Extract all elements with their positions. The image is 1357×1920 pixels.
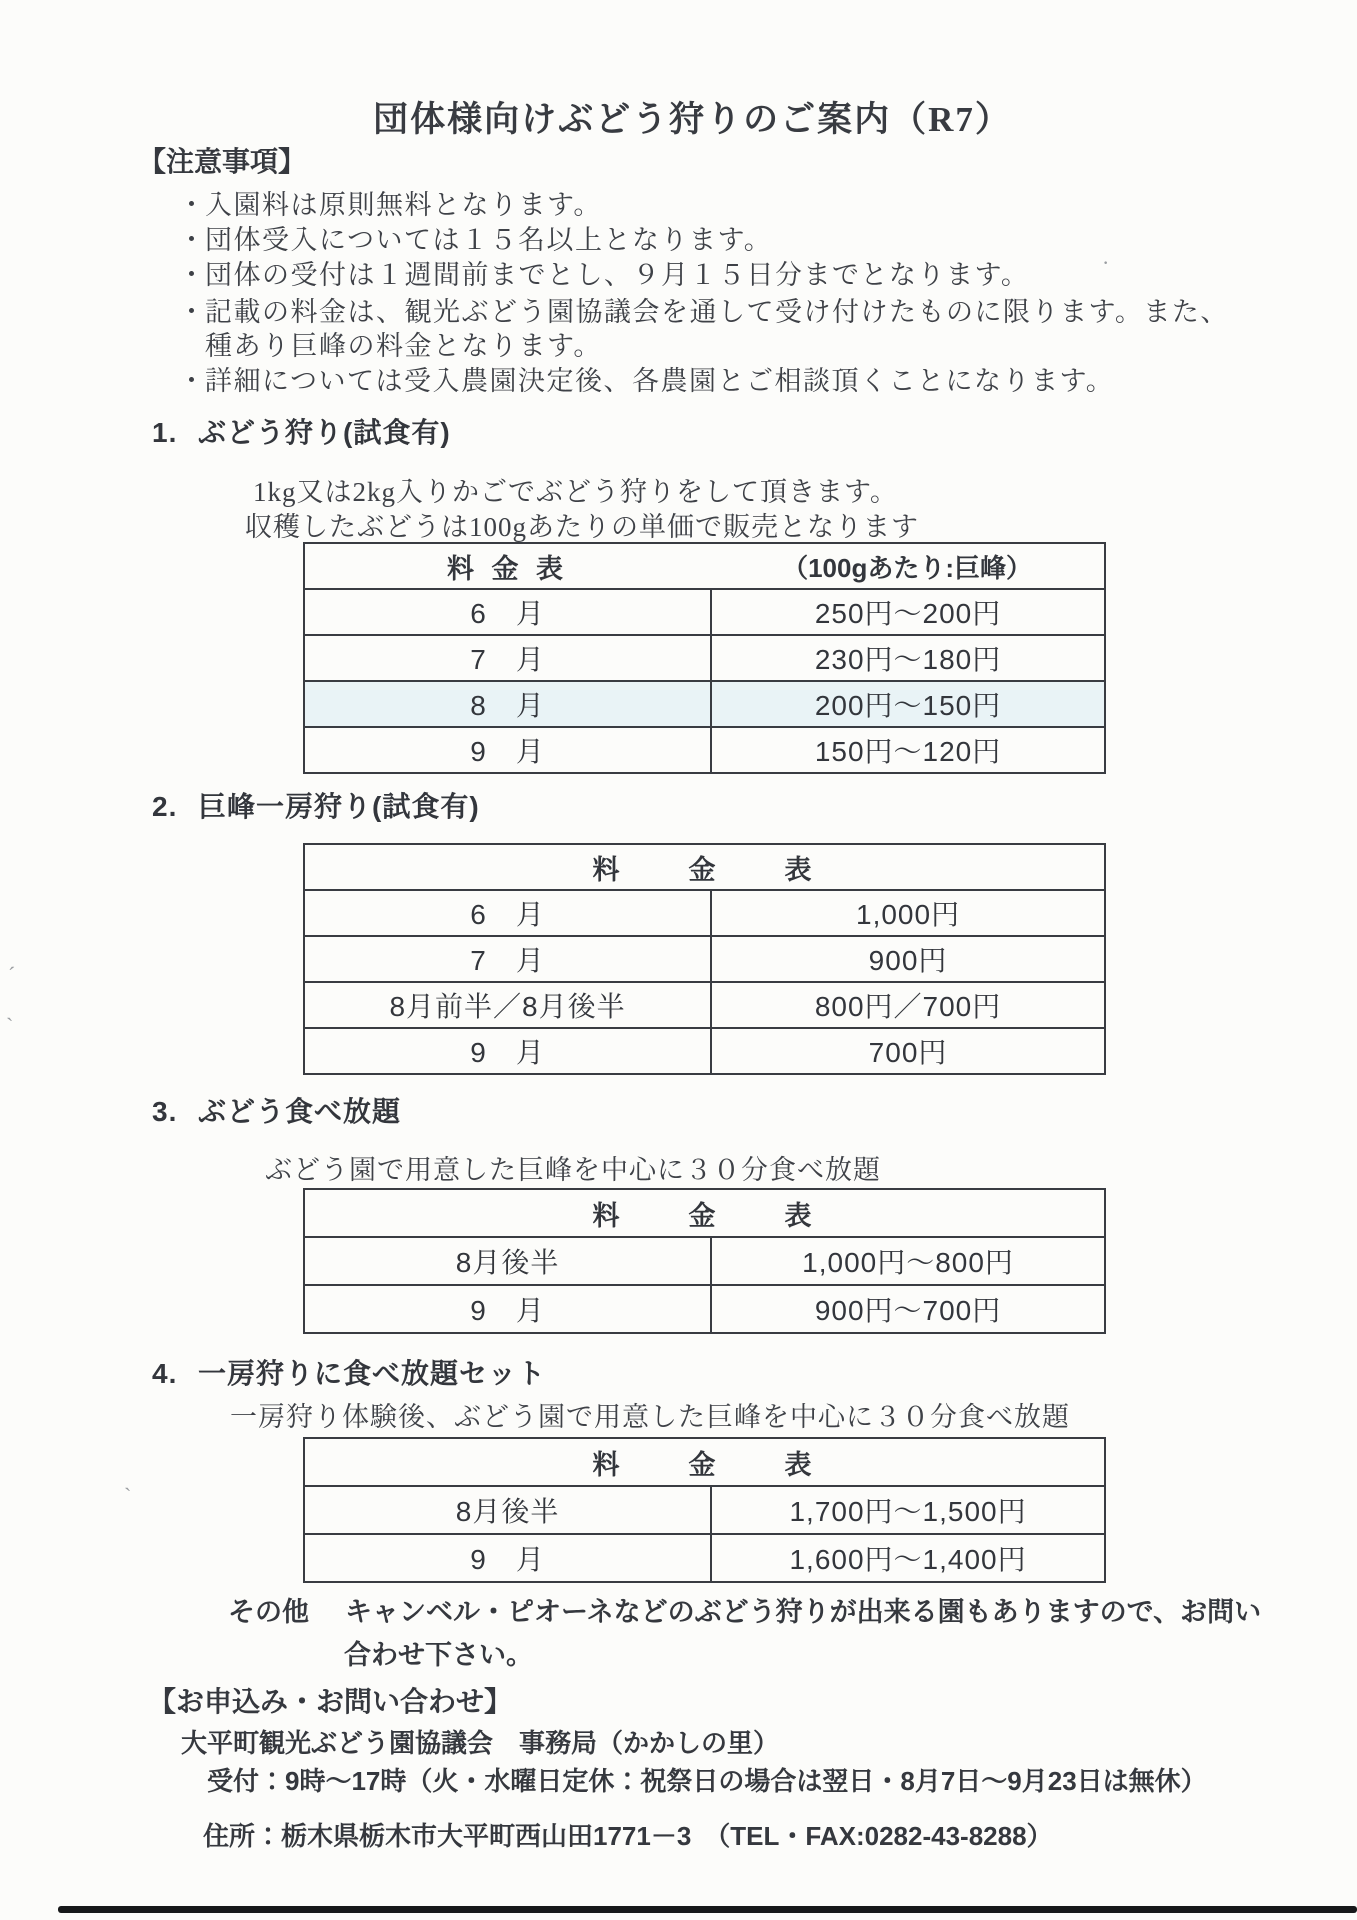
month-cell: 7 月 bbox=[305, 636, 710, 680]
section-number: 3. bbox=[152, 1096, 198, 1128]
table-row: 6 月 1,000円 bbox=[305, 889, 1104, 935]
other-note-text: キャンベル・ピオーネなどのぶどう狩りが出来る園もありますので、お問い bbox=[345, 1597, 1261, 1627]
note-bullet: ・ bbox=[178, 359, 205, 398]
scan-speck: ˎ bbox=[6, 996, 13, 1022]
table-title: 料 金 表 bbox=[305, 547, 710, 586]
section-intro-line: 一房狩り体験後、ぶどう園で用意した巨峰を中心に３０分食べ放題 bbox=[230, 1395, 1070, 1434]
contact-office: 大平町観光ぶどう園協議会 事務局（かかしの里） bbox=[181, 1723, 779, 1760]
section-number: 4. bbox=[152, 1358, 198, 1390]
scan-speck: · bbox=[1102, 250, 1109, 276]
month-cell: 8月後半 bbox=[305, 1238, 710, 1284]
month-cell: 6 月 bbox=[305, 590, 710, 634]
month-cell: 6 月 bbox=[305, 891, 710, 935]
note-line: ・詳細については受入農園決定後、各農園とご相談頂くことになります。 bbox=[178, 359, 1114, 398]
table-header-row: 料 金 表 （100gあたり:巨峰） bbox=[305, 544, 1104, 588]
price-cell: 200円～150円 bbox=[710, 682, 1104, 726]
table-row: 7 月 230円～180円 bbox=[305, 634, 1104, 680]
note-line: ・団体の受付は１週間前までとし、９月１５日分までとなります。 bbox=[178, 253, 1029, 292]
section-heading-all-you-can-eat: 3.ぶどう食べ放題 bbox=[152, 1090, 401, 1130]
contact-address: 住所：栃木県栃木市大平町西山田1771－3 （TEL・FAX:0282-43-8… bbox=[203, 1816, 1053, 1853]
section-number: 1. bbox=[152, 417, 198, 449]
note-line: ・団体受入については１５名以上となります。 bbox=[178, 218, 772, 257]
month-cell: 8 月 bbox=[305, 682, 710, 726]
section-title: ぶどう狩り(試食有) bbox=[198, 417, 451, 448]
month-cell: 8月前半／8月後半 bbox=[305, 983, 710, 1027]
month-cell: 7 月 bbox=[305, 937, 710, 981]
other-note-label: その他 bbox=[228, 1597, 309, 1627]
table-row: 6 月 250円～200円 bbox=[305, 588, 1104, 634]
scan-speck: ˊ bbox=[8, 962, 15, 988]
section-number: 2. bbox=[152, 791, 198, 823]
section-title: 巨峰一房狩り(試食有) bbox=[198, 791, 480, 822]
contact-hours: 受付：9時～17時（火・水曜日定休：祝祭日の場合は翌日・8月7日～9月23日は無… bbox=[207, 1761, 1207, 1798]
table-row: 8月前半／8月後半 800円／700円 bbox=[305, 981, 1104, 1027]
table-row: 7 月 900円 bbox=[305, 935, 1104, 981]
price-cell: 700円 bbox=[710, 1029, 1104, 1073]
section-intro-line: 1kg又は2kg入りかごでぶどう狩りをして頂きます。 bbox=[253, 470, 898, 509]
price-cell: 900円～700円 bbox=[710, 1286, 1104, 1332]
note-text: 団体の受付は１週間前までとし、９月１５日分までとなります。 bbox=[205, 260, 1029, 290]
table-row: 8月後半 1,000円～800円 bbox=[305, 1236, 1104, 1284]
price-cell: 800円／700円 bbox=[710, 983, 1104, 1027]
table-row: 9 月 150円～120円 bbox=[305, 726, 1104, 772]
month-cell: 9 月 bbox=[305, 1286, 710, 1332]
price-table-grape-picking: 料 金 表 （100gあたり:巨峰） 6 月 250円～200円 7 月 230… bbox=[303, 542, 1106, 774]
note-bullet: ・ bbox=[178, 290, 205, 329]
note-text: 記載の料金は、観光ぶどう園協議会を通して受け付けたものに限ります。また、 bbox=[205, 297, 1229, 327]
price-cell: 1,600円～1,400円 bbox=[710, 1535, 1104, 1581]
note-bullet: ・ bbox=[178, 183, 205, 222]
section-title: 一房狩りに食べ放題セット bbox=[198, 1358, 546, 1389]
table-header-row: 料 金 表 bbox=[305, 845, 1104, 889]
month-cell: 9 月 bbox=[305, 728, 710, 772]
scanned-notice-page: 団体様向けぶどう狩りのご案内（R7） 【注意事項】 ・入園料は原則無料となります… bbox=[0, 0, 1357, 1920]
table-unit-note: （100gあたり:巨峰） bbox=[710, 548, 1104, 585]
price-table-bunch-and-buffet-set: 料 金 表 8月後半 1,700円～1,500円 9 月 1,600円～1,40… bbox=[303, 1437, 1106, 1583]
price-table-all-you-can-eat: 料 金 表 8月後半 1,000円～800円 9 月 900円～700円 bbox=[303, 1188, 1106, 1334]
table-row: 8月後半 1,700円～1,500円 bbox=[305, 1485, 1104, 1533]
price-cell: 250円～200円 bbox=[710, 590, 1104, 634]
scan-edge-line bbox=[58, 1906, 1357, 1913]
month-cell: 9 月 bbox=[305, 1029, 710, 1073]
section-heading-bunch-and-buffet-set: 4.一房狩りに食べ放題セット bbox=[152, 1352, 546, 1392]
price-cell: 1,700円～1,500円 bbox=[710, 1487, 1104, 1533]
table-row: 8 月 200円～150円 bbox=[305, 680, 1104, 726]
note-text: 種あり巨峰の料金となります。 bbox=[205, 331, 602, 361]
table-title: 料 金 表 bbox=[502, 848, 907, 887]
other-note-line-continuation: 合わせ下さい。 bbox=[344, 1633, 533, 1672]
table-row: 9 月 900円～700円 bbox=[305, 1284, 1104, 1332]
section-intro-line: ぶどう園で用意した巨峰を中心に３０分食べ放題 bbox=[265, 1148, 881, 1187]
table-header-row: 料 金 表 bbox=[305, 1190, 1104, 1236]
month-cell: 8月後半 bbox=[305, 1487, 710, 1533]
section-title: ぶどう食べ放題 bbox=[198, 1096, 401, 1127]
note-line: ・入園料は原則無料となります。 bbox=[178, 183, 602, 222]
note-line-continuation: 種あり巨峰の料金となります。 bbox=[205, 324, 602, 363]
table-title: 料 金 表 bbox=[502, 1194, 907, 1233]
other-note-line: その他キャンベル・ピオーネなどのぶどう狩りが出来る園もありますので、お問い bbox=[228, 1590, 1261, 1629]
contact-heading: 【お申込み・お問い合わせ】 bbox=[148, 1680, 512, 1720]
scan-speck: ˏ bbox=[124, 1466, 131, 1492]
table-row: 9 月 700円 bbox=[305, 1027, 1104, 1073]
section-intro-line: 収穫したぶどうは100gあたりの単価で販売となります bbox=[245, 505, 919, 544]
price-cell: 1,000円 bbox=[710, 891, 1104, 935]
price-cell: 1,000円～800円 bbox=[710, 1238, 1104, 1284]
table-title: 料 金 表 bbox=[502, 1443, 907, 1482]
note-text: 団体受入については１５名以上となります。 bbox=[205, 225, 772, 255]
table-header-row: 料 金 表 bbox=[305, 1439, 1104, 1485]
price-cell: 230円～180円 bbox=[710, 636, 1104, 680]
table-row: 9 月 1,600円～1,400円 bbox=[305, 1533, 1104, 1581]
price-cell: 900円 bbox=[710, 937, 1104, 981]
note-bullet: ・ bbox=[178, 253, 205, 292]
notes-heading: 【注意事項】 bbox=[138, 140, 306, 180]
page-title: 団体様向けぶどう狩りのご案内（R7） bbox=[14, 92, 1357, 142]
note-bullet: ・ bbox=[178, 218, 205, 257]
month-cell: 9 月 bbox=[305, 1535, 710, 1581]
section-heading-kyoho-bunch: 2.巨峰一房狩り(試食有) bbox=[152, 785, 480, 825]
section-heading-grape-picking: 1.ぶどう狩り(試食有) bbox=[152, 411, 451, 451]
price-cell: 150円～120円 bbox=[710, 728, 1104, 772]
note-text: 入園料は原則無料となります。 bbox=[205, 190, 602, 220]
price-table-kyoho-bunch: 料 金 表 6 月 1,000円 7 月 900円 8月前半／8月後半 800円… bbox=[303, 843, 1106, 1075]
note-text: 詳細については受入農園決定後、各農園とご相談頂くことになります。 bbox=[205, 366, 1114, 396]
